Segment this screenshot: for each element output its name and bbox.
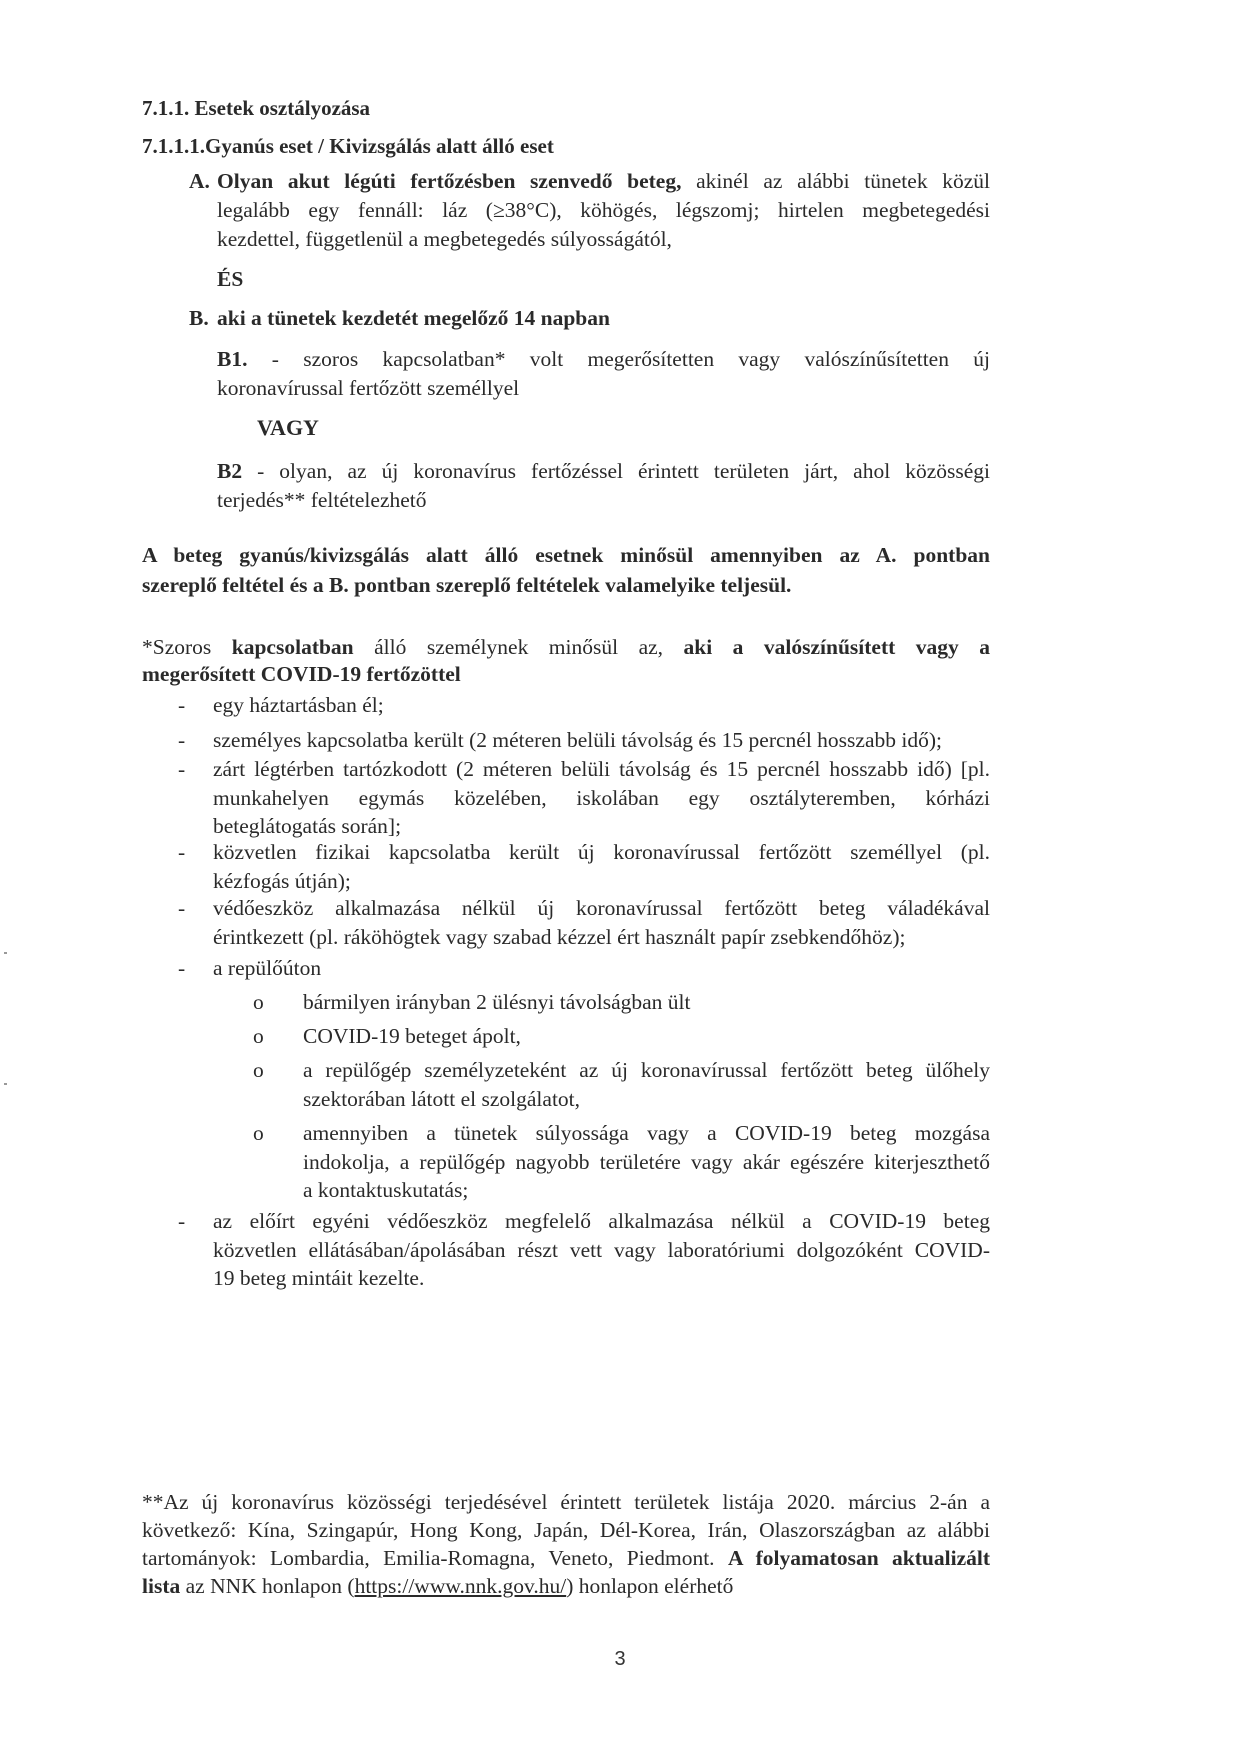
close-contact-intro-line-1: *Szoros kapcsolatban álló személynek min… bbox=[142, 634, 990, 660]
flight-item-line: indokolja, a repülőgép nagyobb területér… bbox=[303, 1149, 990, 1175]
dash-bullet-marker: - bbox=[178, 727, 185, 753]
dash-bullet-marker: - bbox=[178, 839, 185, 865]
section-a-line-1: Olyan akut légúti fertőzésben szenvedő b… bbox=[217, 168, 990, 194]
and-label: ÉS bbox=[217, 266, 243, 292]
footnote-line-2: következő: Kína, Szingapúr, Hong Kong, J… bbox=[142, 1517, 990, 1543]
dash-bullet-marker: - bbox=[178, 756, 185, 782]
close-contact-item-line: beteglátogatás során]; bbox=[213, 813, 990, 839]
section-a-line-3: kezdettel, függetlenül a megbetegedés sú… bbox=[217, 226, 672, 252]
section-a-label: A. bbox=[189, 168, 210, 194]
b2-line-1: B2 - olyan, az új koronavírus fertőzésse… bbox=[217, 458, 990, 484]
heading-esetek-osztalyozasa: 7.1.1. Esetek osztályozása bbox=[142, 95, 370, 121]
conclusion-line-2: szereplő feltétel és a B. pontban szerep… bbox=[142, 572, 791, 598]
circle-bullet-marker: o bbox=[253, 1057, 264, 1083]
flight-item-line: COVID-19 beteget ápolt, bbox=[303, 1023, 990, 1049]
section-b-label: B. bbox=[189, 305, 209, 331]
flight-item-line: a kontaktuskutatás; bbox=[303, 1177, 990, 1203]
b2-line-2: terjedés** feltételezhető bbox=[217, 487, 427, 513]
close-contact-item-line: egy háztartásban él; bbox=[213, 692, 990, 718]
flight-item-line: szektorában látott el szolgálatot, bbox=[303, 1086, 990, 1112]
heading-gyanus-eset: 7.1.1.1.Gyanús eset / Kivizsgálás alatt … bbox=[142, 133, 554, 159]
close-contact-item-line: zárt légtérben tartózkodott (2 méteren b… bbox=[213, 756, 990, 782]
conclusion-line-1: A beteg gyanús/kivizsgálás alatt álló es… bbox=[142, 542, 990, 568]
close-contact-item-line: kézfogás útján); bbox=[213, 868, 990, 894]
close-contact-item-line: munkahelyen egymás közelében, iskolában … bbox=[213, 785, 990, 811]
close-contact-item-line: közvetlen ellátásában/ápolásában részt v… bbox=[213, 1237, 990, 1263]
flight-item-line: a repülőgép személyzeteként az új korona… bbox=[303, 1057, 990, 1083]
close-contact-item-line: 19 beteg mintáit kezelte. bbox=[213, 1265, 990, 1291]
footnote-line-4: lista az NNK honlapon (https://www.nnk.g… bbox=[142, 1573, 733, 1599]
footnote-line-1: **Az új koronavírus közösségi terjedésév… bbox=[142, 1489, 990, 1515]
circle-bullet-marker: o bbox=[253, 1120, 264, 1146]
dash-bullet-marker: - bbox=[178, 1208, 185, 1234]
close-contact-intro-line-2: megerősített COVID-19 fertőzöttel bbox=[142, 661, 461, 687]
flight-item-line: amennyiben a tünetek súlyossága vagy a C… bbox=[303, 1120, 990, 1146]
close-contact-item-line: közvetlen fizikai kapcsolatba került új … bbox=[213, 839, 990, 865]
dash-bullet-marker: - bbox=[178, 895, 185, 921]
scan-speck bbox=[4, 1083, 7, 1085]
circle-bullet-marker: o bbox=[253, 1023, 264, 1049]
flight-item-line: bármilyen irányban 2 ülésnyi távolságban… bbox=[303, 989, 990, 1015]
dash-bullet-marker: - bbox=[178, 692, 185, 718]
close-contact-item-line: a repülőúton bbox=[213, 955, 990, 981]
circle-bullet-marker: o bbox=[253, 989, 264, 1015]
footnote-line-3: tartományok: Lombardia, Emilia-Romagna, … bbox=[142, 1545, 990, 1571]
section-a-line-2: legalább egy fennáll: láz (≥38°C), köhög… bbox=[217, 197, 990, 223]
document-page: 7.1.1. Esetek osztályozása 7.1.1.1.Gyanú… bbox=[0, 0, 1240, 1753]
close-contact-item-line: védőeszköz alkalmazása nélkül új koronav… bbox=[213, 895, 990, 921]
or-label: VAGY bbox=[257, 415, 319, 441]
close-contact-item-line: az előírt egyéni védőeszköz megfelelő al… bbox=[213, 1208, 990, 1234]
section-b-text: aki a tünetek kezdetét megelőző 14 napba… bbox=[217, 305, 610, 331]
nnk-website-link[interactable]: https://www.nnk.gov.hu/ bbox=[355, 1574, 567, 1598]
b1-line-2: koronavírussal fertőzött személlyel bbox=[217, 375, 519, 401]
close-contact-item-line: érintkezett (pl. ráköhögtek vagy szabad … bbox=[213, 924, 990, 950]
close-contact-item-line: személyes kapcsolatba került (2 méteren … bbox=[213, 727, 990, 753]
page-number: 3 bbox=[0, 1648, 1240, 1671]
b1-line-1: B1. - szoros kapcsolatban* volt megerősí… bbox=[217, 346, 990, 372]
scan-speck bbox=[4, 952, 7, 954]
dash-bullet-marker: - bbox=[178, 955, 185, 981]
